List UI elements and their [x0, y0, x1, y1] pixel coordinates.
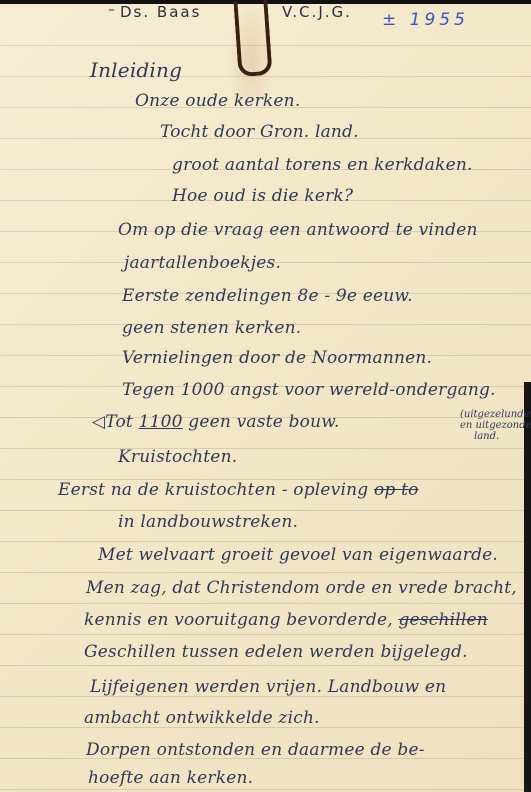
text-line: Hoe oud is die kerk?: [172, 186, 353, 206]
organization-label: V.C.J.G.: [282, 3, 352, 21]
text-line: Lijfeigenen werden vrijen. Landbouw en: [90, 677, 446, 697]
underlined-year: 1100: [139, 412, 183, 432]
text-line-tot: ◁Tot 1100 geen vaste bouw.: [92, 412, 340, 432]
text-line: Eerste zendelingen 8e - 9e eeuw.: [122, 286, 413, 306]
margin-note-line: (uitgezelunderd: [460, 409, 531, 420]
text-line: Kruistochten.: [118, 447, 237, 467]
margin-note-line: land.: [460, 431, 531, 442]
margin-note: (uitgezelunderd en uitgezonderd land.: [460, 409, 531, 442]
text-line: hoefte aan kerken.: [88, 768, 253, 788]
author-label: Ds. Baas: [120, 3, 201, 21]
text-line: Dorpen ontstonden en daarmee de be-: [86, 740, 425, 760]
text-word: geen vaste bouw.: [188, 412, 339, 432]
dash-mark-icon: –: [108, 2, 115, 18]
paperclip-icon: [233, 0, 272, 77]
text-line: geen stenen kerken.: [122, 318, 301, 338]
margin-note-line: en uitgezonderd: [460, 420, 531, 431]
scan-right-border: [524, 382, 531, 792]
text-word: Tot: [105, 412, 133, 432]
arrow-mark-icon: ◁: [92, 412, 105, 432]
text-line: Geschillen tussen edelen werden bijgeleg…: [84, 642, 468, 662]
struck-text: op to: [374, 480, 419, 500]
text-line: Met welvaart groeit gevoel van eigenwaar…: [98, 545, 498, 565]
text-line-eerst: Eerst na de kruistochten - opleving op t…: [58, 480, 419, 500]
text-line: Tocht door Gron. land.: [160, 122, 359, 142]
text-line: ambacht ontwikkelde zich.: [84, 708, 320, 728]
text-line: jaartallenboekjes.: [124, 253, 281, 273]
text-line: groot aantal torens en kerkdaken.: [172, 155, 473, 175]
text-word: kennis en vooruitgang bevorderde,: [84, 610, 393, 630]
text-line-kennis: kennis en vooruitgang bevorderde, geschi…: [84, 610, 488, 630]
text-line: in landbouwstreken.: [118, 512, 298, 532]
date-label: ± 1955: [382, 10, 469, 30]
text-line: Men zag, dat Christendom orde en vrede b…: [86, 578, 517, 598]
text-line: Onze oude kerken.: [135, 91, 300, 111]
text-line: Vernielingen door de Noormannen.: [122, 348, 432, 368]
text-line: Om op die vraag een antwoord te vinden: [118, 220, 478, 240]
text-line: Tegen 1000 angst voor wereld-ondergang.: [122, 380, 496, 400]
struck-text: geschillen: [398, 610, 487, 630]
section-title: Inleiding: [90, 58, 182, 82]
text-word: Eerst na de kruistochten - opleving: [58, 480, 368, 500]
